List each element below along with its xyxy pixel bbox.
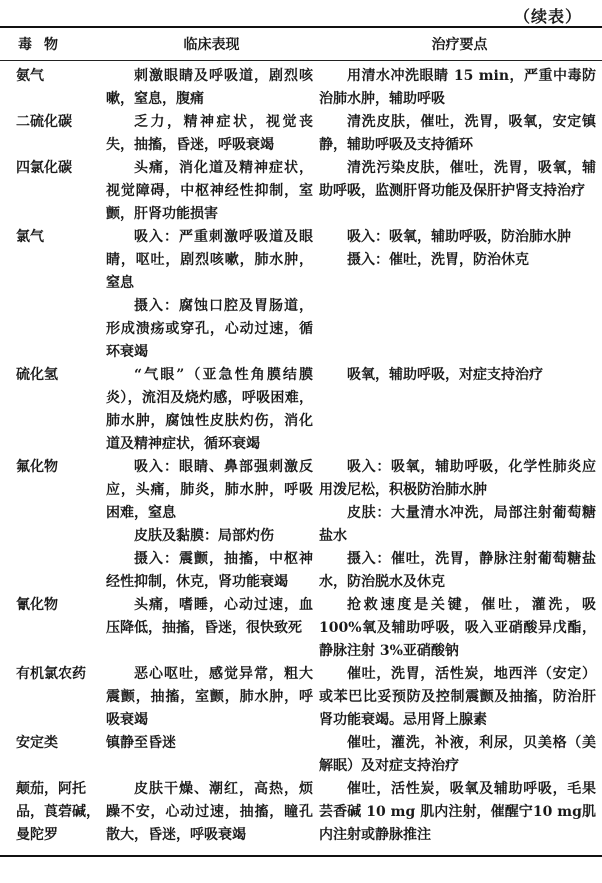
clinical-manifestations: 头痛，嗜睡，心动过速，血压降低，抽搐，昏迷，很快致死 xyxy=(106,594,319,663)
clinical-manifestations: 刺激眼睛及呼吸道，剧烈咳嗽，窒息，腹痛 xyxy=(106,65,319,111)
header-treatment: 治疗要点 xyxy=(317,34,602,54)
clinical-manifestations: “气眼”（亚急性角膜结膜炎），流泪及烧灼感，呼吸困难，肺水肿，腐蚀性皮肤灼伤，消… xyxy=(106,364,319,456)
clinical-paragraph: 刺激眼睛及呼吸道，剧烈咳嗽，窒息，腹痛 xyxy=(106,65,313,111)
table-row: 二硫化碳乏力，精神症状，视觉丧失，抽搐，昏迷，呼吸衰竭清洗皮肤，催吐，洗胃，吸氧… xyxy=(0,111,602,157)
clinical-paragraph: “气眼”（亚急性角膜结膜炎），流泪及烧灼感，呼吸困难，肺水肿，腐蚀性皮肤灼伤，消… xyxy=(106,364,313,456)
treatment-paragraph: 吸入：吸氧，辅助呼吸，防治肺水肿 xyxy=(319,226,596,249)
poison-name: 有机氯农药 xyxy=(0,663,106,732)
treatment-paragraph: 吸入：吸氧，辅助呼吸，化学性肺炎应用泼尼松，积极防治肺水肿 xyxy=(319,456,596,502)
treatment-points: 催吐，灌洗，补液，利尿，贝美格（美解眠）及对症支持治疗 xyxy=(319,732,602,778)
header-poison: 毒物 xyxy=(0,34,106,54)
treatment-paragraph: 清洗皮肤，催吐，洗胃，吸氧，安定镇静，辅助呼吸及支持循环 xyxy=(319,111,596,157)
clinical-paragraph: 摄入：腐蚀口腔及胃肠道，形成溃疡或穿孔，心动过速，循环衰竭 xyxy=(106,295,313,364)
poison-name: 四氯化碳 xyxy=(0,157,106,226)
continued-table-label: （续表） xyxy=(514,4,582,27)
clinical-paragraph: 镇静至昏迷 xyxy=(106,732,313,755)
treatment-points: 清洗皮肤，催吐，洗胃，吸氧，安定镇静，辅助呼吸及支持循环 xyxy=(319,111,602,157)
clinical-paragraph: 皮肤干燥、潮红，高热，烦躁不安，心动过速，抽搐，瞳孔散大，昏迷，呼吸衰竭 xyxy=(106,778,313,847)
treatment-points: 抢救速度是关键，催吐，灌洗，吸100%氧及辅助呼吸，吸入亚硝酸异戊酯，静脉注射 … xyxy=(319,594,602,663)
table-row: 氯气吸入：严重刺激呼吸道及眼睛，呕吐，剧烈咳嗽，肺水肿，窒息摄入：腐蚀口腔及胃肠… xyxy=(0,226,602,364)
treatment-paragraph: 摄入：催吐，洗胃，防治休克 xyxy=(319,249,596,272)
treatment-paragraph: 清洗污染皮肤，催吐，洗胃，吸氧，辅助呼吸，监测肝肾功能及保肝护肾支持治疗 xyxy=(319,157,596,203)
treatment-points: 吸入：吸氧，辅助呼吸，化学性肺炎应用泼尼松，积极防治肺水肿皮肤：大量清水冲洗，局… xyxy=(319,456,602,594)
treatment-points: 清洗污染皮肤，催吐，洗胃，吸氧，辅助呼吸，监测肝肾功能及保肝护肾支持治疗 xyxy=(319,157,602,226)
table-row: 氟化物吸入：眼睛、鼻部强刺激反应，头痛，肺炎，肺水肿，呼吸困难，窒息皮肤及黏膜：… xyxy=(0,456,602,594)
clinical-manifestations: 吸入：眼睛、鼻部强刺激反应，头痛，肺炎，肺水肿，呼吸困难，窒息皮肤及黏膜：局部灼… xyxy=(106,456,319,594)
poison-name: 氰化物 xyxy=(0,594,106,663)
clinical-paragraph: 恶心呕吐，感觉异常，粗大震颤，抽搐，室颤，肺水肿，呼吸衰竭 xyxy=(106,663,313,732)
poison-treatment-table: 毒物 临床表现 治疗要点 氨气刺激眼睛及呼吸道，剧烈咳嗽，窒息，腹痛用清水冲洗眼… xyxy=(0,26,602,857)
table-row: 氰化物头痛，嗜睡，心动过速，血压降低，抽搐，昏迷，很快致死抢救速度是关键，催吐，… xyxy=(0,594,602,663)
treatment-points: 用清水冲洗眼睛 15 min，严重中毒防治肺水肿，辅助呼吸 xyxy=(319,65,602,111)
clinical-paragraph: 摄入：震颤，抽搐，中枢神经性抑制，休克，肾功能衰竭 xyxy=(106,548,313,594)
treatment-paragraph: 抢救速度是关键，催吐，灌洗，吸100%氧及辅助呼吸，吸入亚硝酸异戊酯，静脉注射 … xyxy=(319,594,596,663)
treatment-paragraph: 催吐，洗胃，活性炭，地西泮（安定）或苯巴比妥预防及控制震颤及抽搐，防治肝肾功能衰… xyxy=(319,663,596,732)
treatment-paragraph: 摄入：催吐，洗胃，静脉注射葡萄糖盐水，防治脱水及休克 xyxy=(319,548,596,594)
treatment-points: 吸氧，辅助呼吸，对症支持治疗 xyxy=(319,364,602,456)
clinical-paragraph: 头痛，嗜睡，心动过速，血压降低，抽搐，昏迷，很快致死 xyxy=(106,594,313,640)
table-row: 安定类镇静至昏迷催吐，灌洗，补液，利尿，贝美格（美解眠）及对症支持治疗 xyxy=(0,732,602,778)
clinical-paragraph: 皮肤及黏膜：局部灼伤 xyxy=(106,525,313,548)
treatment-paragraph: 皮肤：大量清水冲洗，局部注射葡萄糖盐水 xyxy=(319,502,596,548)
poison-name: 氨气 xyxy=(0,65,106,111)
treatment-points: 催吐，活性炭，吸氧及辅助呼吸，毛果芸香碱 10 mg 肌内注射，催醒宁10 mg… xyxy=(319,778,602,847)
clinical-paragraph: 乏力，精神症状，视觉丧失，抽搐，昏迷，呼吸衰竭 xyxy=(106,111,313,157)
poison-name: 安定类 xyxy=(0,732,106,778)
table-row: 颠茄，阿托品，莨菪碱，曼陀罗皮肤干燥、潮红，高热，烦躁不安，心动过速，抽搐，瞳孔… xyxy=(0,778,602,847)
clinical-manifestations: 恶心呕吐，感觉异常，粗大震颤，抽搐，室颤，肺水肿，呼吸衰竭 xyxy=(106,663,319,732)
clinical-manifestations: 皮肤干燥、潮红，高热，烦躁不安，心动过速，抽搐，瞳孔散大，昏迷，呼吸衰竭 xyxy=(106,778,319,847)
clinical-manifestations: 乏力，精神症状，视觉丧失，抽搐，昏迷，呼吸衰竭 xyxy=(106,111,319,157)
clinical-manifestations: 头痛，消化道及精神症状，视觉障碍，中枢神经性抑制，室颤，肝肾功能损害 xyxy=(106,157,319,226)
poison-name: 二硫化碳 xyxy=(0,111,106,157)
bottom-rule xyxy=(0,855,602,857)
treatment-paragraph: 吸氧，辅助呼吸，对症支持治疗 xyxy=(319,364,596,387)
treatment-points: 催吐，洗胃，活性炭，地西泮（安定）或苯巴比妥预防及控制震颤及抽搐，防治肝肾功能衰… xyxy=(319,663,602,732)
clinical-manifestations: 吸入：严重刺激呼吸道及眼睛，呕吐，剧烈咳嗽，肺水肿，窒息摄入：腐蚀口腔及胃肠道，… xyxy=(106,226,319,364)
header-clinical: 临床表现 xyxy=(106,34,317,54)
poison-name: 氟化物 xyxy=(0,456,106,594)
treatment-points: 吸入：吸氧，辅助呼吸，防治肺水肿摄入：催吐，洗胃，防治休克 xyxy=(319,226,602,364)
clinical-manifestations: 镇静至昏迷 xyxy=(106,732,319,778)
poison-name: 硫化氢 xyxy=(0,364,106,456)
table-row: 硫化氢“气眼”（亚急性角膜结膜炎），流泪及烧灼感，呼吸困难，肺水肿，腐蚀性皮肤灼… xyxy=(0,364,602,456)
poison-name: 氯气 xyxy=(0,226,106,364)
table-row: 有机氯农药恶心呕吐，感觉异常，粗大震颤，抽搐，室颤，肺水肿，呼吸衰竭催吐，洗胃，… xyxy=(0,663,602,732)
poison-name: 颠茄，阿托品，莨菪碱，曼陀罗 xyxy=(0,778,106,847)
table-row: 氨气刺激眼睛及呼吸道，剧烈咳嗽，窒息，腹痛用清水冲洗眼睛 15 min，严重中毒… xyxy=(0,65,602,111)
table-row: 四氯化碳头痛，消化道及精神症状，视觉障碍，中枢神经性抑制，室颤，肝肾功能损害清洗… xyxy=(0,157,602,226)
clinical-paragraph: 吸入：眼睛、鼻部强刺激反应，头痛，肺炎，肺水肿，呼吸困难，窒息 xyxy=(106,456,313,525)
treatment-paragraph: 用清水冲洗眼睛 15 min，严重中毒防治肺水肿，辅助呼吸 xyxy=(319,65,596,111)
treatment-paragraph: 催吐，活性炭，吸氧及辅助呼吸，毛果芸香碱 10 mg 肌内注射，催醒宁10 mg… xyxy=(319,778,596,847)
clinical-paragraph: 吸入：严重刺激呼吸道及眼睛，呕吐，剧烈咳嗽，肺水肿，窒息 xyxy=(106,226,313,295)
treatment-paragraph: 催吐，灌洗，补液，利尿，贝美格（美解眠）及对症支持治疗 xyxy=(319,732,596,778)
clinical-paragraph: 头痛，消化道及精神症状，视觉障碍，中枢神经性抑制，室颤，肝肾功能损害 xyxy=(106,157,313,226)
table-header-row: 毒物 临床表现 治疗要点 xyxy=(0,28,602,60)
table-body: 氨气刺激眼睛及呼吸道，剧烈咳嗽，窒息，腹痛用清水冲洗眼睛 15 min，严重中毒… xyxy=(0,61,602,847)
